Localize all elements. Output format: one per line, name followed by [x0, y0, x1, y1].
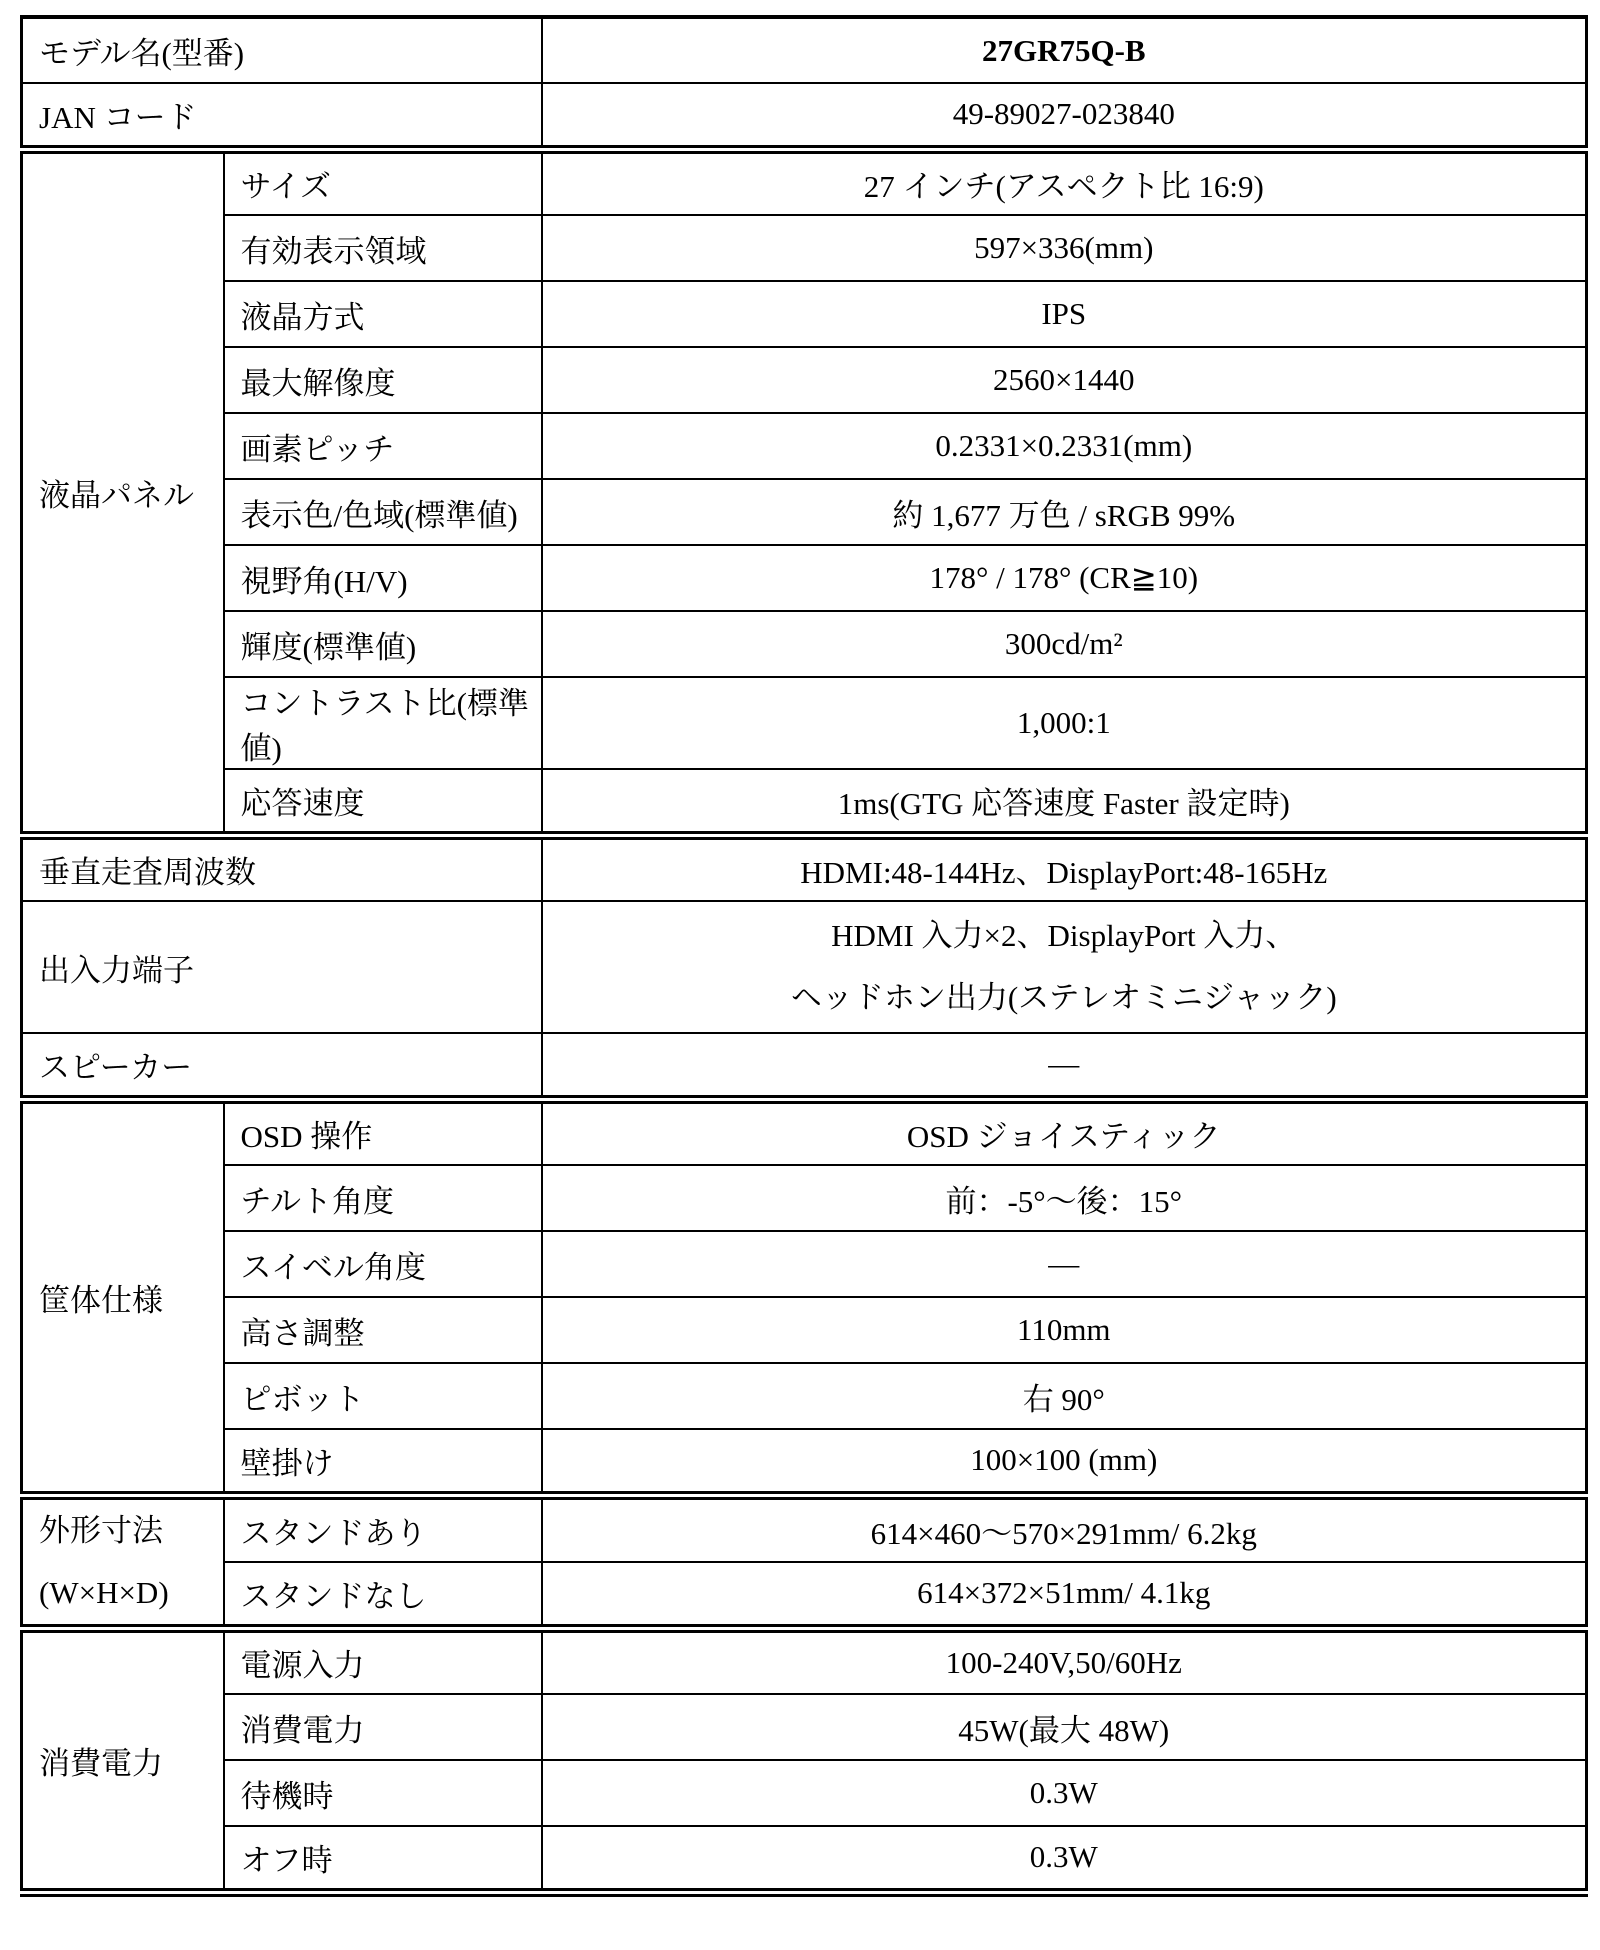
row-chassis-height: 高さ調整 110mm [22, 1297, 1587, 1363]
spec-value: 0.2331×0.2331(mm) [542, 413, 1587, 479]
spec-label: 高さ調整 [224, 1297, 542, 1363]
row-jan: JAN コード 49-89027-023840 [22, 83, 1587, 149]
jan-value: 49-89027-023840 [542, 83, 1587, 149]
spec-value: OSD ジョイスティック [542, 1099, 1587, 1165]
spec-value: 614×372×51mm/ 4.1kg [542, 1562, 1587, 1629]
spec-label: オフ時 [224, 1826, 542, 1892]
spec-value: 45W(最大 48W) [542, 1694, 1587, 1760]
spec-value: 2560×1440 [542, 347, 1587, 413]
row-panel-type: 液晶方式 IPS [22, 281, 1587, 347]
spec-label: 表示色/色域(標準値) [224, 479, 542, 545]
row-dims-with-stand: 外形寸法 (W×H×D) スタンドあり 614×460～570×291mm/ 6… [22, 1495, 1587, 1562]
spec-label: スタンドあり [224, 1495, 542, 1562]
speaker-value: ― [542, 1033, 1587, 1099]
section-label-power: 消費電力 [22, 1628, 224, 1892]
row-panel-response: 応答速度 1ms(GTG 応答速度 Faster 設定時) [22, 769, 1587, 835]
row-power-input: 消費電力 電源入力 100-240V,50/60Hz [22, 1628, 1587, 1694]
spec-value: 約 1,677 万色 / sRGB 99% [542, 479, 1587, 545]
spec-value: 27 インチ(アスペクト比 16:9) [542, 149, 1587, 215]
spec-label: スタンドなし [224, 1562, 542, 1629]
speaker-label: スピーカー [22, 1033, 542, 1099]
vsync-value: HDMI:48-144Hz、DisplayPort:48-165Hz [542, 835, 1587, 901]
row-io: 出入力端子 HDMI 入力×2、DisplayPort 入力、 ヘッドホン出力(… [22, 901, 1587, 1033]
vsync-label: 垂直走査周波数 [22, 835, 542, 901]
row-power-off: オフ時 0.3W [22, 1826, 1587, 1892]
spec-value: 0.3W [542, 1760, 1587, 1826]
row-power-standby: 待機時 0.3W [22, 1760, 1587, 1826]
row-chassis-tilt: チルト角度 前：-5°～後：15° [22, 1165, 1587, 1231]
spec-label: コントラスト比(標準値) [224, 677, 542, 769]
spec-label: スイベル角度 [224, 1231, 542, 1297]
spec-value: IPS [542, 281, 1587, 347]
row-model: モデル名(型番) 27GR75Q-B [22, 17, 1587, 83]
row-panel-colors: 表示色/色域(標準値) 約 1,677 万色 / sRGB 99% [22, 479, 1587, 545]
spec-label: 壁掛け [224, 1429, 542, 1495]
spec-value: 110mm [542, 1297, 1587, 1363]
section-label-dimensions: 外形寸法 (W×H×D) [22, 1495, 224, 1628]
spec-sheet-page: モデル名(型番) 27GR75Q-B JAN コード 49-89027-0238… [0, 0, 1600, 1950]
spec-value: 100-240V,50/60Hz [542, 1628, 1587, 1694]
row-chassis-swivel: スイベル角度 ― [22, 1231, 1587, 1297]
row-panel-viewing-angle: 視野角(H/V) 178° / 178° (CR≧10) [22, 545, 1587, 611]
spec-label: 消費電力 [224, 1694, 542, 1760]
section-label-panel: 液晶パネル [22, 149, 224, 835]
row-panel-resolution: 最大解像度 2560×1440 [22, 347, 1587, 413]
row-dims-without-stand: スタンドなし 614×372×51mm/ 4.1kg [22, 1562, 1587, 1629]
spec-label: 有効表示領域 [224, 215, 542, 281]
row-panel-contrast: コントラスト比(標準値) 1,000:1 [22, 677, 1587, 769]
spec-value: ― [542, 1231, 1587, 1297]
spec-value: 0.3W [542, 1826, 1587, 1892]
spec-label: 液晶方式 [224, 281, 542, 347]
spec-value: 300cd/m² [542, 611, 1587, 677]
row-panel-size: 液晶パネル サイズ 27 インチ(アスペクト比 16:9) [22, 149, 1587, 215]
spec-label: OSD 操作 [224, 1099, 542, 1165]
spec-value: 前：-5°～後：15° [542, 1165, 1587, 1231]
spec-value: 178° / 178° (CR≧10) [542, 545, 1587, 611]
spec-label: 視野角(H/V) [224, 545, 542, 611]
spec-label: 画素ピッチ [224, 413, 542, 479]
spec-table: モデル名(型番) 27GR75Q-B JAN コード 49-89027-0238… [20, 15, 1588, 1897]
row-panel-brightness: 輝度(標準値) 300cd/m² [22, 611, 1587, 677]
spec-value: 614×460～570×291mm/ 6.2kg [542, 1495, 1587, 1562]
row-chassis-wallmount: 壁掛け 100×100 (mm) [22, 1429, 1587, 1495]
model-label: モデル名(型番) [22, 17, 542, 83]
row-panel-area: 有効表示領域 597×336(mm) [22, 215, 1587, 281]
spec-value: 1ms(GTG 応答速度 Faster 設定時) [542, 769, 1587, 835]
row-speaker: スピーカー ― [22, 1033, 1587, 1099]
io-label: 出入力端子 [22, 901, 542, 1033]
spec-value: 100×100 (mm) [542, 1429, 1587, 1495]
row-chassis-osd: 筐体仕様 OSD 操作 OSD ジョイスティック [22, 1099, 1587, 1165]
spec-label: 輝度(標準値) [224, 611, 542, 677]
spec-label: チルト角度 [224, 1165, 542, 1231]
row-chassis-pivot: ピボット 右 90° [22, 1363, 1587, 1429]
spec-label: 待機時 [224, 1760, 542, 1826]
spec-value: 右 90° [542, 1363, 1587, 1429]
spec-label: 最大解像度 [224, 347, 542, 413]
spec-label: 応答速度 [224, 769, 542, 835]
row-power-consumption: 消費電力 45W(最大 48W) [22, 1694, 1587, 1760]
section-label-chassis: 筐体仕様 [22, 1099, 224, 1495]
spec-label: ピボット [224, 1363, 542, 1429]
spec-value: 597×336(mm) [542, 215, 1587, 281]
spec-label: 電源入力 [224, 1628, 542, 1694]
model-value: 27GR75Q-B [542, 17, 1587, 83]
row-panel-pitch: 画素ピッチ 0.2331×0.2331(mm) [22, 413, 1587, 479]
io-value: HDMI 入力×2、DisplayPort 入力、 ヘッドホン出力(ステレオミニ… [542, 901, 1587, 1033]
row-vsync: 垂直走査周波数 HDMI:48-144Hz、DisplayPort:48-165… [22, 835, 1587, 901]
jan-label: JAN コード [22, 83, 542, 149]
spec-label: サイズ [224, 149, 542, 215]
spec-value: 1,000:1 [542, 677, 1587, 769]
